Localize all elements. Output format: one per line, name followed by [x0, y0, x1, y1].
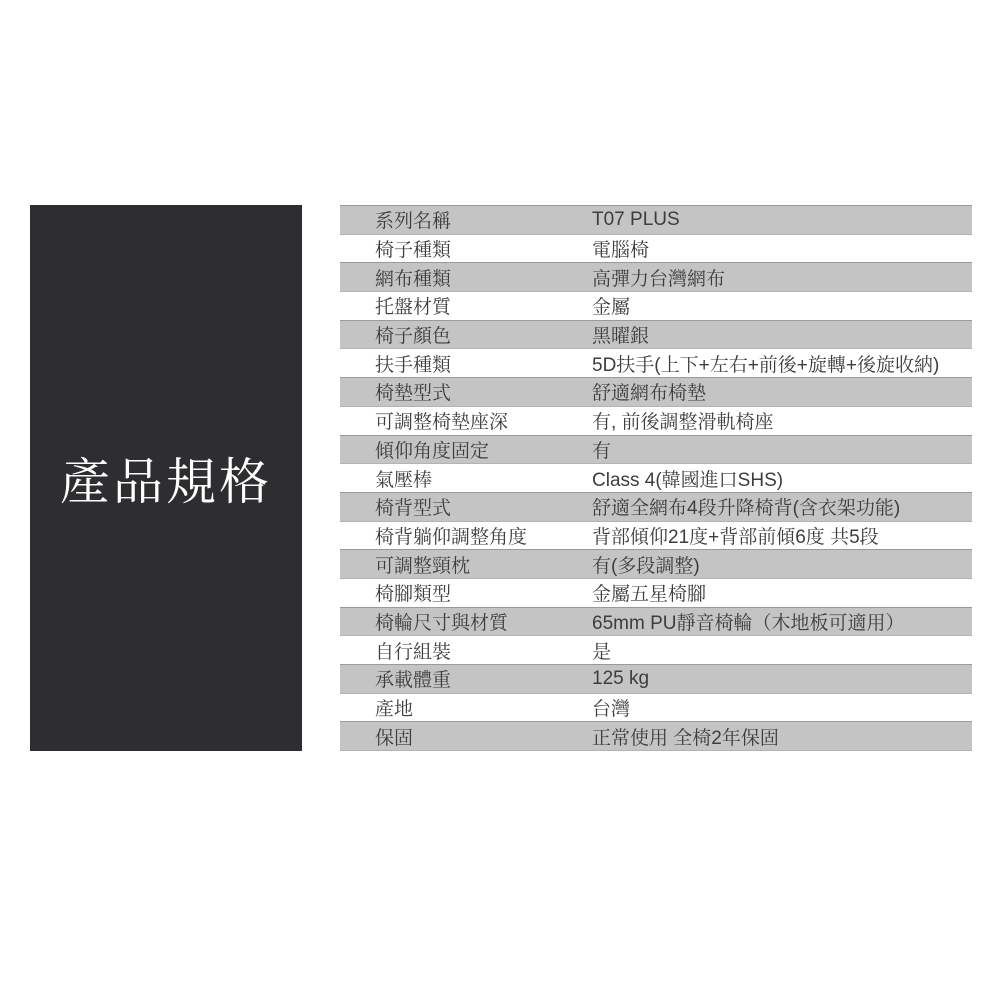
- spec-table: 系列名稱 T07 PLUS 椅子種類 電腦椅 網布種類 高彈力台灣網布 托盤材質…: [340, 205, 972, 751]
- spec-label: 承載體重: [340, 665, 592, 692]
- table-row: 椅輪尺寸與材質 65mm PU靜音椅輪（木地板可適用）: [340, 607, 972, 637]
- spec-value: 金屬五星椅腳: [592, 579, 972, 606]
- spec-label: 保固: [340, 723, 592, 750]
- table-row: 扶手種類 5D扶手(上下+左右+前後+旋轉+後旋收納): [340, 349, 972, 377]
- spec-value: Class 4(韓國進口SHS): [592, 465, 972, 492]
- spec-value: 台灣: [592, 694, 972, 721]
- spec-label: 可調整頸枕: [340, 551, 592, 578]
- table-row: 系列名稱 T07 PLUS: [340, 205, 972, 235]
- spec-label: 椅腳類型: [340, 579, 592, 606]
- spec-label: 托盤材質: [340, 292, 592, 319]
- spec-value: T07 PLUS: [592, 209, 972, 231]
- table-row: 產地 台灣: [340, 694, 972, 722]
- spec-label: 椅子種類: [340, 235, 592, 262]
- spec-label: 椅子顏色: [340, 321, 592, 348]
- table-row: 承載體重 125 kg: [340, 664, 972, 694]
- table-row: 傾仰角度固定 有: [340, 435, 972, 465]
- spec-value: 金屬: [592, 292, 972, 319]
- table-row: 保固 正常使用 全椅2年保固: [340, 721, 972, 751]
- table-row: 網布種類 高彈力台灣網布: [340, 262, 972, 292]
- table-row: 椅腳類型 金屬五星椅腳: [340, 579, 972, 607]
- spec-value: 背部傾仰21度+背部前傾6度 共5段: [592, 522, 972, 549]
- table-row: 椅子種類 電腦椅: [340, 235, 972, 263]
- spec-value: 有(多段調整): [592, 551, 972, 578]
- page-title: 產品規格: [60, 442, 272, 514]
- table-row: 可調整頸枕 有(多段調整): [340, 549, 972, 579]
- title-panel: 產品規格: [30, 205, 302, 751]
- spec-value: 舒適全網布4段升降椅背(含衣架功能): [592, 493, 972, 520]
- table-row: 可調整椅墊座深 有, 前後調整滑軌椅座: [340, 407, 972, 435]
- table-row: 椅背型式 舒適全網布4段升降椅背(含衣架功能): [340, 492, 972, 522]
- spec-value: 高彈力台灣網布: [592, 264, 972, 291]
- spec-value: 是: [592, 637, 972, 664]
- product-spec-sheet: 產品規格 系列名稱 T07 PLUS 椅子種類 電腦椅 網布種類 高彈力台灣網布…: [0, 0, 1000, 1000]
- table-row: 托盤材質 金屬: [340, 292, 972, 320]
- spec-label: 網布種類: [340, 264, 592, 291]
- spec-value: 黑曜銀: [592, 321, 972, 348]
- table-row: 氣壓棒 Class 4(韓國進口SHS): [340, 464, 972, 492]
- table-row: 椅子顏色 黑曜銀: [340, 320, 972, 350]
- table-row: 椅墊型式 舒適網布椅墊: [340, 377, 972, 407]
- spec-label: 椅墊型式: [340, 378, 592, 405]
- spec-label: 可調整椅墊座深: [340, 407, 592, 434]
- spec-value: 正常使用 全椅2年保固: [592, 723, 972, 750]
- spec-value: 65mm PU靜音椅輪（木地板可適用）: [592, 608, 972, 635]
- spec-label: 自行組裝: [340, 637, 592, 664]
- spec-label: 氣壓棒: [340, 465, 592, 492]
- spec-value: 有, 前後調整滑軌椅座: [592, 407, 972, 434]
- spec-value: 有: [592, 436, 972, 463]
- spec-value: 舒適網布椅墊: [592, 378, 972, 405]
- spec-label: 椅背型式: [340, 493, 592, 520]
- spec-value: 5D扶手(上下+左右+前後+旋轉+後旋收納): [592, 350, 972, 377]
- table-row: 椅背躺仰調整角度 背部傾仰21度+背部前傾6度 共5段: [340, 522, 972, 550]
- spec-value: 125 kg: [592, 668, 972, 690]
- spec-label: 扶手種類: [340, 350, 592, 377]
- spec-value: 電腦椅: [592, 235, 972, 262]
- spec-label: 椅背躺仰調整角度: [340, 522, 592, 549]
- spec-label: 傾仰角度固定: [340, 436, 592, 463]
- spec-label: 系列名稱: [340, 206, 592, 233]
- spec-label: 椅輪尺寸與材質: [340, 608, 592, 635]
- table-row: 自行組裝 是: [340, 636, 972, 664]
- spec-label: 產地: [340, 694, 592, 721]
